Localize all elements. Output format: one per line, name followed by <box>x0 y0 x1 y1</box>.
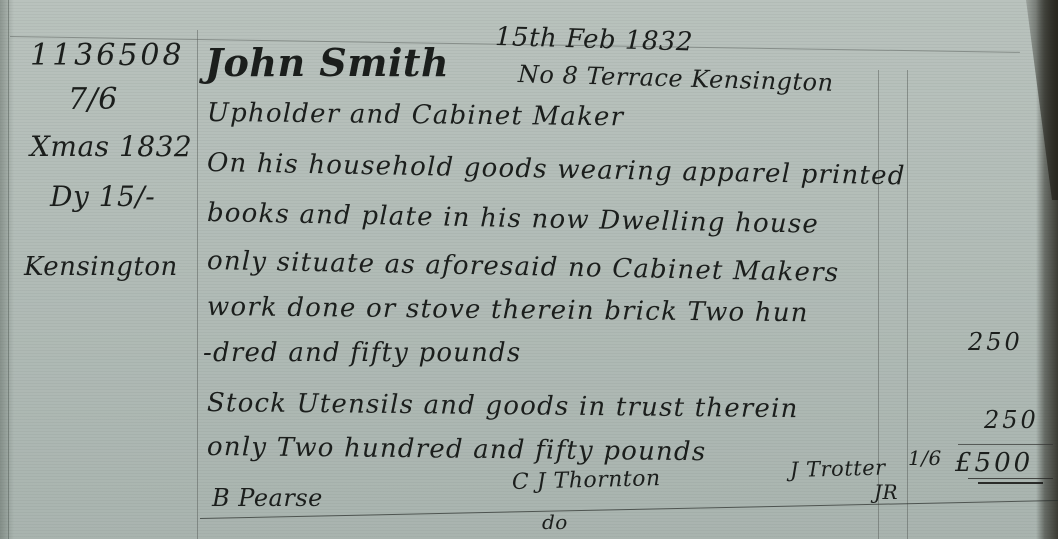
amount-total: £500 <box>955 448 1033 478</box>
entry-date: 15th Feb 1832 <box>495 22 694 58</box>
column-mark: 1/6 <box>908 446 942 470</box>
body-line-4: work done or stove therein brick Two hun <box>207 292 809 328</box>
total-rule-bottom <box>968 478 1053 479</box>
signature-ditto: do <box>542 510 568 534</box>
ledger-page: 15th Feb 1832 1136508 7/6 Xmas 1832 Dy 1… <box>0 0 1058 539</box>
amount-item-1: 250 <box>968 328 1023 356</box>
binding-shadow <box>1036 0 1058 539</box>
body-line-5: -dred and fifty pounds <box>203 338 521 368</box>
duty: Dy 15/- <box>50 180 155 213</box>
body-line-2: books and plate in his now Dwelling hous… <box>207 198 820 240</box>
occupation: Upholder and Cabinet Maker <box>207 98 625 132</box>
amount-item-2: 250 <box>984 406 1039 434</box>
body-line-1: On his household goods wearing apparel p… <box>207 148 906 191</box>
signature-agent: B Pearse <box>212 484 323 512</box>
district: Kensington <box>24 252 178 282</box>
policy-number: 1136508 <box>30 38 185 73</box>
body-line-7: only Two hundred and fifty pounds <box>207 432 707 467</box>
margin-rule <box>197 30 198 539</box>
insured-address: No 8 Terrace Kensington <box>518 60 834 97</box>
entry-end-rule <box>200 500 1058 519</box>
total-double-rule <box>978 482 1043 484</box>
page-edge <box>8 0 9 539</box>
signature-witness: C J Thornton <box>512 466 661 495</box>
insured-name: John Smith <box>205 40 449 85</box>
body-line-3: only situate as aforesaid no Cabinet Mak… <box>207 246 840 288</box>
total-rule-top <box>958 444 1053 445</box>
signature-clerk: J Trotter <box>790 456 886 482</box>
renewal-date: Xmas 1832 <box>30 130 192 163</box>
body-line-6: Stock Utensils and goods in trust therei… <box>207 388 799 424</box>
initials: JR <box>874 480 898 504</box>
premium: 7/6 <box>68 82 118 117</box>
